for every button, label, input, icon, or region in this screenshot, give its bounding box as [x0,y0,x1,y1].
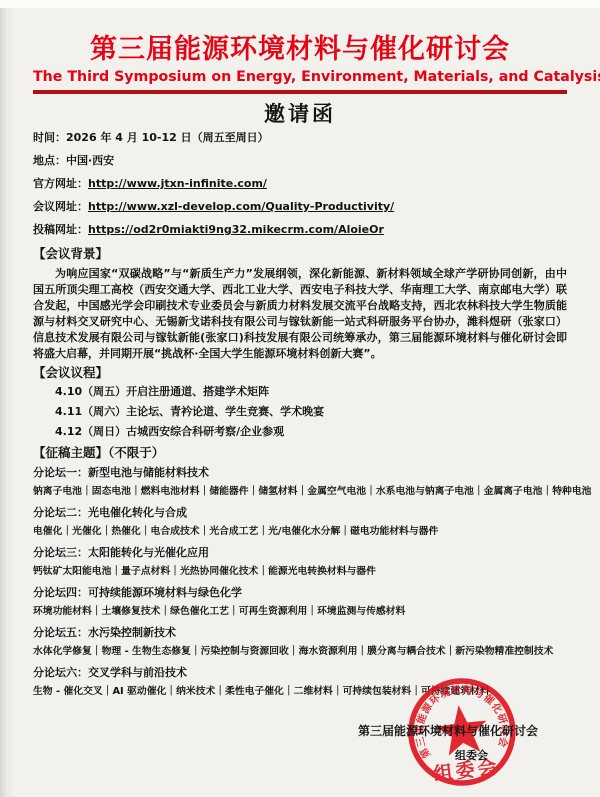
document-content: 第三届能源环境材料与催化研讨会 The Third Symposium on E… [0,34,600,698]
meeting-info-block: 时间：2026 年 4 月 10-12 日（周五至周日） 地点：中国·西安 官方… [33,132,567,236]
official-website-link[interactable]: http://www.jtxn-infinite.com/ [88,177,267,190]
time-value: 2026 年 4 月 10-12 日（周五至周日） [66,131,269,144]
forum-5-title: 分论坛五：水污染控制新技术 [33,626,567,639]
meeting-venue-line: 地点：中国·西安 [33,155,567,167]
forum-2-topics: 电催化｜光催化｜热催化｜电合成技术｜光合成工艺｜光/电催化水分解｜磁电功能材料与… [33,526,567,538]
venue-value: 中国·西安 [66,154,114,167]
invitation-heading: 邀请函 [33,101,567,127]
agenda-list: 4.10（周五）开启注册通道、搭建学术矩阵 4.11（周六）主论坛、青衿论道、学… [33,386,567,438]
meeting-time-line: 时间：2026 年 4 月 10-12 日（周五至周日） [33,132,567,144]
organizing-committee-text: 组委会 [455,747,488,763]
submission-website-link[interactable]: https://od2r0miakti9ng32.mikecrm.com/Alo… [88,223,384,236]
forum-4-title: 分论坛四：可持续能源环境材料与绿色化学 [33,586,567,599]
forum-5-topics: 水体化学修复｜物理 - 生物生态修复｜污染控制与资源回收｜海水资源利用｜膜分离与… [33,646,567,658]
symposium-title-cn: 第三届能源环境材料与催化研讨会 [33,34,567,66]
forum-3-topics: 钙钛矿太阳能电池｜量子点材料｜光热协同催化技术｜能源光电转换材料与器件 [33,566,567,578]
submission-website-line: 投稿网址：https://od2r0miakti9ng32.mikecrm.co… [33,224,567,236]
forum-list: 分论坛一：新型电池与储能材料技术 钠离子电池｜固态电池｜燃料电池材料｜储能器件｜… [33,466,567,698]
time-label: 时间： [33,131,66,144]
forum-2-title: 分论坛二：光电催化转化与合成 [33,506,567,519]
conference-website-link[interactable]: http://www.xzl-develop.com/Quality-Produ… [88,200,394,213]
background-paragraph: 为响应国家“双碳战略”与“新质生产力”发展纲领，深化新能源、新材料领域全球产学研… [33,266,567,362]
invitation-document: 第三届能源环境材料与催化研讨会 The Third Symposium on E… [0,0,600,797]
organizer-name-text: 第三届能源环境材料与催化研讨会 [358,722,538,739]
page-top-margin [0,0,600,8]
official-website-line: 官方网址：http://www.jtxn-infinite.com/ [33,178,567,190]
conference-website-line: 会议网址：http://www.xzl-develop.com/Quality-… [33,201,567,213]
forum-3-title: 分论坛三：太阳能转化与光催化应用 [33,546,567,559]
topics-section-heading: 【征稿主题】（不限于） [33,446,567,460]
venue-label: 地点： [33,154,66,167]
title-divider-rule [33,90,567,94]
conference-website-label: 会议网址： [33,200,88,213]
agenda-section-heading: 【会议议程】 [33,366,567,380]
forum-1-title: 分论坛一：新型电池与储能材料技术 [33,466,567,479]
submission-website-label: 投稿网址： [33,223,88,236]
forum-1-topics: 钠离子电池｜固态电池｜燃料电池材料｜储能器件｜储氢材料｜金属空气电池｜水系电池与… [33,486,567,498]
symposium-title-en: The Third Symposium on Energy, Environme… [33,69,567,86]
agenda-item-day2: 4.11（周六）主论坛、青衿论道、学生竞赛、学术晚宴 [55,406,567,418]
background-section-heading: 【会议背景】 [33,247,567,261]
forum-4-topics: 环境功能材料｜土壤修复技术｜绿色催化工艺｜可再生资源利用｜环境监测与传感材料 [33,606,567,618]
official-website-label: 官方网址： [33,177,88,190]
agenda-item-day1: 4.10（周五）开启注册通道、搭建学术矩阵 [55,386,567,398]
agenda-item-day3: 4.12（周日）古城西安综合科研考察/企业参观 [55,426,567,438]
